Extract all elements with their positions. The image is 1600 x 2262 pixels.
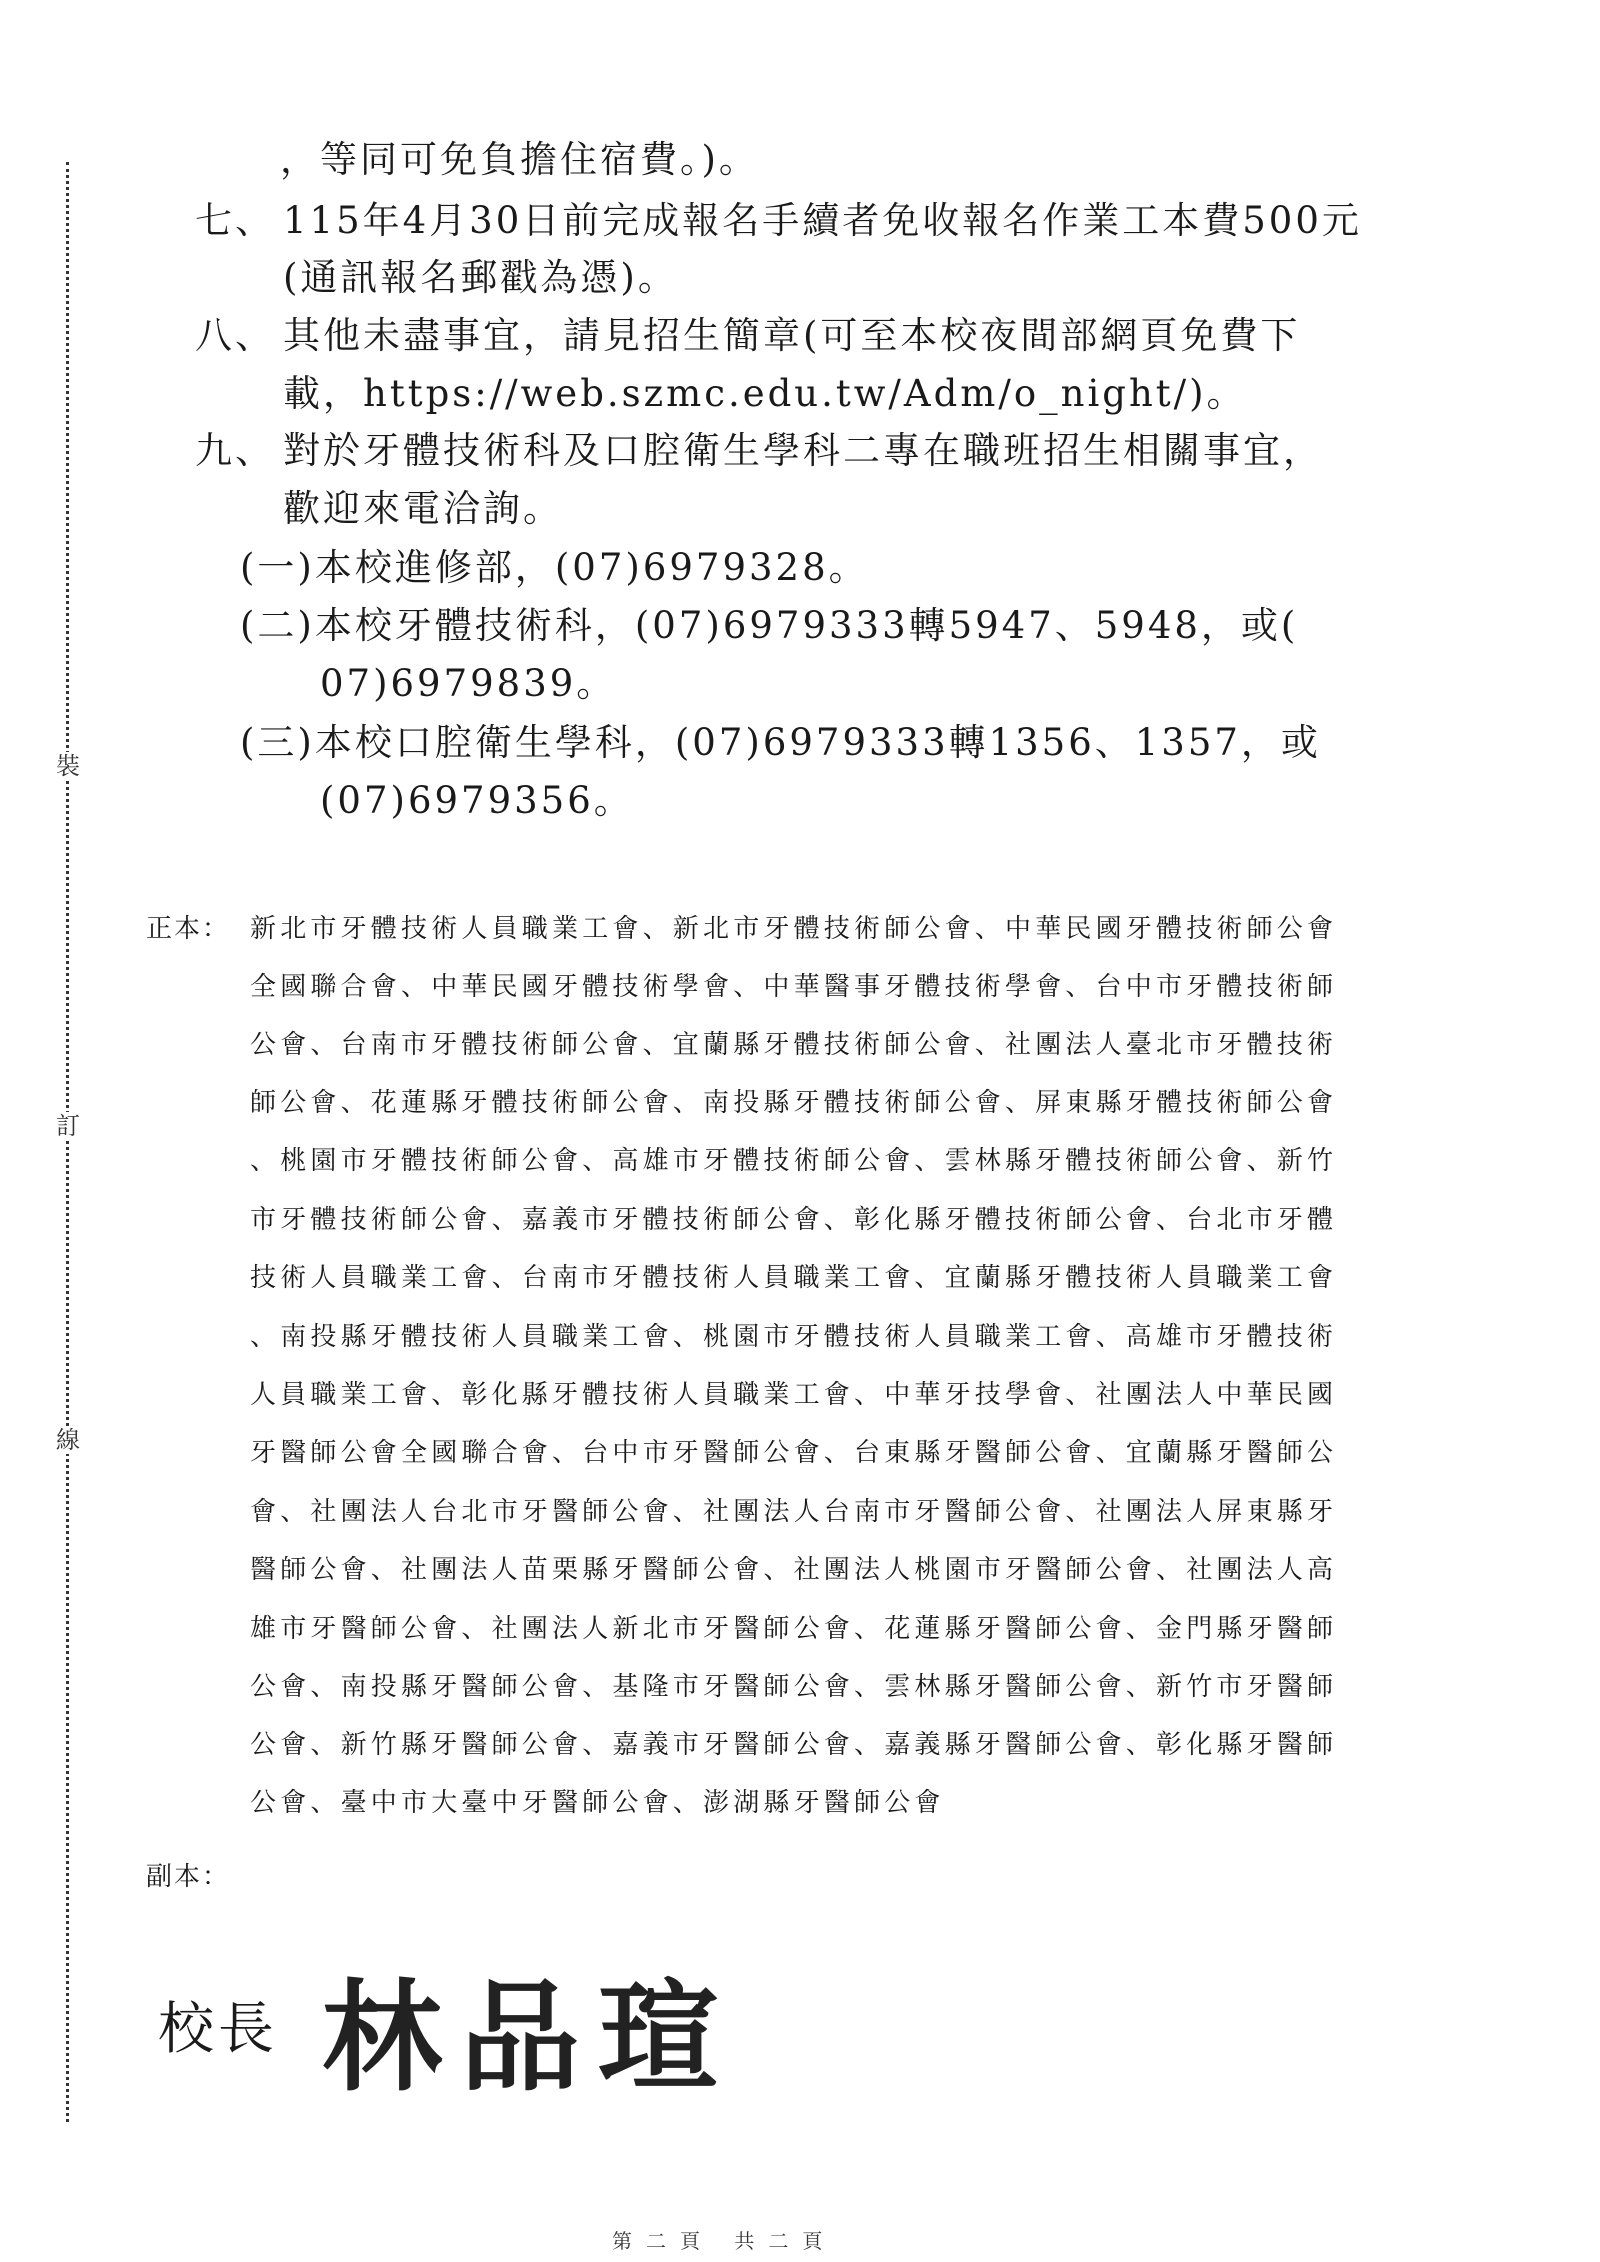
- recipient-line: 技術人員職業工會、台南市牙體技術人員職業工會、宜蘭縣牙體技術人員職業工會: [250, 1261, 1440, 1295]
- contact-text-line1: (一)本校進修部，(07)6979328。: [240, 545, 869, 591]
- page-indicator: 第二頁 共二頁: [612, 2225, 836, 2254]
- recipient-line: 會、社團法人台北市牙醫師公會、社團法人台南市牙醫師公會、社團法人屏東縣牙: [250, 1495, 1440, 1529]
- contact-text-line1: (二)本校牙體技術科，(07)6979333轉5947、5948，或(: [240, 603, 1298, 649]
- recipient-line: 公會、臺中市大臺中牙醫師公會、澎湖縣牙醫師公會: [250, 1786, 1440, 1820]
- recipient-line: 雄市牙醫師公會、社團法人新北市牙醫師公會、花蓮縣牙醫師公會、金門縣牙醫師: [250, 1612, 1440, 1646]
- binding-label-xian: 線: [54, 1426, 82, 1454]
- item-text-line2: 歡迎來電洽詢。: [283, 486, 563, 532]
- recipient-line: 、南投縣牙體技術人員職業工會、桃園市牙體技術人員職業工會、高雄市牙體技術: [250, 1320, 1440, 1354]
- recipient-line: 、桃園市牙體技術師公會、高雄市牙體技術師公會、雲林縣牙體技術師公會、新竹: [250, 1144, 1440, 1178]
- continuation-text: ，等同可免負擔住宿費。)。: [280, 137, 759, 183]
- contact-text-line2: 07)6979839。: [320, 661, 616, 707]
- item-number: 八、: [195, 313, 275, 359]
- recipient-line: 市牙體技術師公會、嘉義市牙體技術師公會、彰化縣牙體技術師公會、台北市牙體: [250, 1203, 1440, 1237]
- recipient-line: 人員職業工會、彰化縣牙體技術人員職業工會、中華牙技學會、社團法人中華民國: [250, 1378, 1440, 1412]
- recipient-line: 牙醫師公會全國聯合會、台中市牙醫師公會、台東縣牙醫師公會、宜蘭縣牙醫師公: [250, 1436, 1440, 1470]
- recipient-line: 公會、南投縣牙醫師公會、基隆市牙醫師公會、雲林縣牙醫師公會、新竹市牙醫師: [250, 1670, 1440, 1704]
- copy-recipients-label: 副本：: [146, 1860, 230, 1894]
- binding-label-zhuang: 裝: [54, 752, 82, 780]
- item-text-line1: 其他未盡事宜，請見招生簡章(可至本校夜間部網頁免費下: [283, 313, 1300, 359]
- recipient-line: 醫師公會、社團法人苗栗縣牙醫師公會、社團法人桃園市牙醫師公會、社團法人高: [250, 1553, 1440, 1587]
- binding-dotted-line: [66, 162, 69, 2122]
- item-text-line2: 載，https://web.szmc.edu.tw/Adm/o_night/)。: [283, 371, 1247, 417]
- contact-text-line2: (07)6979356。: [320, 778, 634, 824]
- contact-text-line1: (三)本校口腔衛生學科，(07)6979333轉1356、1357，或: [240, 720, 1321, 766]
- item-text-line1: 115年4月30日前完成報名手續者免收報名作業工本費500元: [283, 198, 1362, 244]
- recipient-line: 全國聯合會、中華民國牙體技術學會、中華醫事牙體技術學會、台中市牙體技術師: [250, 970, 1440, 1004]
- item-number: 九、: [195, 428, 275, 474]
- recipient-line: 公會、新竹縣牙醫師公會、嘉義市牙醫師公會、嘉義縣牙醫師公會、彰化縣牙醫師: [250, 1728, 1440, 1762]
- recipient-line: 師公會、花蓮縣牙體技術師公會、南投縣牙體技術師公會、屏東縣牙體技術師公會: [250, 1086, 1440, 1120]
- signature-title: 校長: [158, 1985, 278, 2065]
- item-text-line1: 對於牙體技術科及口腔衛生學科二專在職班招生相關事宜，: [283, 428, 1323, 474]
- primary-recipients-label: 正本：: [146, 912, 230, 946]
- recipient-line: 公會、台南市牙體技術師公會、宜蘭縣牙體技術師公會、社團法人臺北市牙體技術: [250, 1028, 1440, 1062]
- binding-label-ding: 訂: [54, 1112, 82, 1140]
- recipient-line: 新北市牙體技術人員職業工會、新北市牙體技術師公會、中華民國牙體技術師公會: [250, 912, 1440, 946]
- item-text-line2: (通訊報名郵戳為憑)。: [283, 255, 678, 301]
- item-number: 七、: [195, 198, 275, 244]
- signature-name-stamp: 林品瑄: [322, 1942, 736, 2114]
